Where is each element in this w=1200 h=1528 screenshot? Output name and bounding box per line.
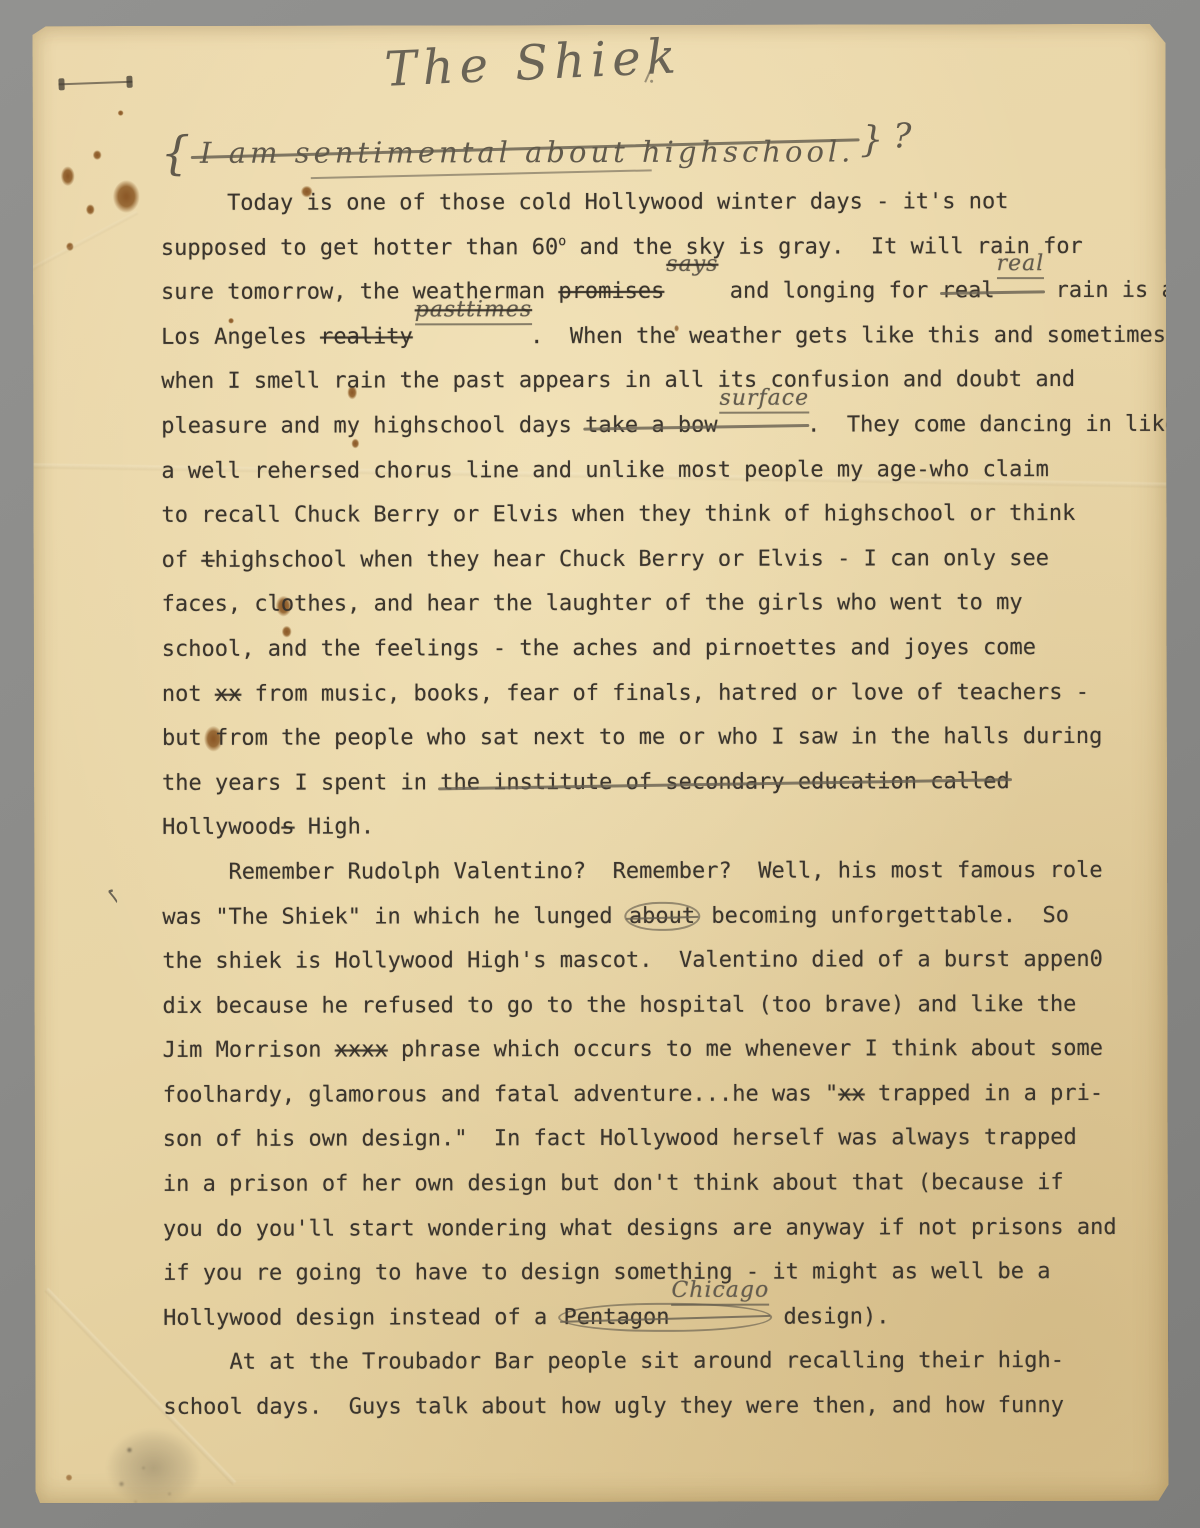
stain (118, 110, 124, 116)
typed-segment: when I smell rain the past appears in al… (161, 367, 1075, 394)
typed-segment: dix because he refused to go to the hosp… (162, 992, 1076, 1019)
typed-line: Today is one of those cold Hollywood win… (161, 180, 1178, 227)
staple-mark (58, 75, 133, 94)
top-crease (22, 211, 139, 276)
typed-segment: Hollywood (162, 815, 281, 840)
struck-word: xxxx (335, 1038, 388, 1063)
typed-line: was "The Shiek" in which he lunged about… (162, 893, 1179, 940)
typed-line: Hollywood design instead of a PentagonCh… (163, 1295, 1180, 1342)
struck-word: t (201, 548, 214, 573)
typed-segment: High. (295, 815, 375, 840)
typed-segment: Los Angeles (161, 324, 320, 349)
crossed-out-heading: {I am sentimental about highschool.}? (161, 116, 912, 180)
handwritten-correction: real (997, 251, 1045, 279)
typed-line: son of his own design." In fact Hollywoo… (163, 1116, 1180, 1163)
typed-line: Los Angeles realitypasttimes. When the w… (161, 314, 1178, 361)
typed-segment: son of his own design." In fact Hollywoo… (163, 1125, 1077, 1152)
margin-checkmark: ✓ (100, 884, 126, 908)
struck-word: PentagonChicago (558, 1302, 772, 1331)
typed-segment: At at the Troubador Bar people sit aroun… (163, 1348, 1064, 1375)
handwritten-correction: says (666, 252, 718, 277)
typed-segment: from music, books, fear of finals, hatre… (241, 680, 1089, 707)
typed-line: the shiek is Hollywood High's mascot. Va… (162, 938, 1179, 985)
typed-segment: the shiek is Hollywood High's mascot. Va… (162, 947, 1102, 974)
typed-line: of thighschool when they hear Chuck Berr… (162, 537, 1179, 584)
typed-line: to recall Chuck Berry or Elvis when they… (161, 492, 1178, 539)
struck-word: s (281, 815, 294, 840)
typed-segment: school days. Guys talk about how ugly th… (163, 1393, 1064, 1420)
struck-word: xx (215, 681, 242, 706)
typed-line: pleasure and my highschool days take a b… (161, 403, 1178, 450)
typed-segment: trapped in a pri- (865, 1081, 1103, 1106)
typed-segment: and longing for (716, 278, 941, 303)
question-mark: ? (893, 116, 911, 156)
typed-segment: rain is a (1042, 278, 1175, 303)
typed-segment: highschool when they hear Chuck Berry or… (215, 546, 1050, 573)
stain (61, 166, 75, 186)
typed-line: Jim Morrison xxxx phrase which occurs to… (163, 1027, 1180, 1074)
typed-segment: was "The Shiek" in which he lunged (162, 903, 626, 929)
typed-line: sure tomorrow, the weatherman promisessa… (161, 269, 1178, 316)
typed-line: dix because he refused to go to the hosp… (162, 982, 1179, 1029)
typed-line: Hollywoods High. (162, 804, 1179, 851)
typed-segment: supposed to get hotter than 60 (161, 235, 558, 261)
typed-segment: Remember Rudolph Valentino? Remember? We… (162, 858, 1102, 885)
typed-segment: foolhardy, glamorous and fatal adventure… (163, 1081, 839, 1107)
struck-word: realitypasttimes (320, 324, 530, 349)
handwritten-correction: Chicago (671, 1277, 769, 1305)
typed-line: when I smell rain the past appears in al… (161, 358, 1178, 405)
struck-word: realreal (942, 278, 1043, 303)
stain (86, 204, 95, 215)
struck-word: the institute of secondary education cal… (440, 769, 1010, 795)
stain (93, 150, 102, 160)
struck-word: about (624, 901, 700, 930)
typed-segment: Hollywood design instead of a (163, 1305, 560, 1331)
stain (113, 180, 140, 213)
typed-segment: design). (770, 1304, 889, 1329)
handwritten-correction: pasttimes (415, 297, 532, 325)
heading-text: I am sentimental about highschool. (200, 134, 854, 169)
typed-segment: phrase which occurs to me whenever I thi… (388, 1036, 1103, 1062)
typed-line: school days. Guys talk about how ugly th… (163, 1384, 1180, 1431)
typed-line: At at the Troubador Bar people sit aroun… (163, 1339, 1180, 1386)
struck-word: xx (838, 1081, 865, 1106)
typed-line: but from the people who sat next to me o… (162, 715, 1179, 762)
typed-segment: you do you'll start wondering what desig… (163, 1215, 1117, 1242)
typed-line: a well rehersed chorus line and unlike m… (161, 447, 1178, 494)
typed-line: you do you'll start wondering what desig… (163, 1205, 1180, 1252)
typed-text: Today is one of those cold Hollywood win… (161, 180, 1180, 1431)
typed-segment: Today is one of those cold Hollywood win… (161, 189, 1009, 216)
typed-line: not xx from music, books, fear of finals… (162, 670, 1179, 717)
typed-segment: but from the people who sat next to me o… (162, 724, 1102, 751)
photo-background: The Shiek {I am sentimental about highsc… (0, 0, 1200, 1528)
typed-segment: Jim Morrison (163, 1038, 335, 1063)
typed-segment: pleasure and my highschool days (161, 413, 585, 439)
close-brace: } (860, 119, 883, 160)
typed-segment: . They come dancing in like (807, 412, 1178, 438)
typed-segment: school, and the feelings - the aches and… (162, 635, 1036, 662)
typed-segment: not (162, 681, 215, 706)
typed-line: Remember Rudolph Valentino? Remember? We… (162, 849, 1179, 896)
typed-segment: if you re going to have to design someth… (163, 1259, 1050, 1286)
handwritten-correction: surface (720, 386, 810, 414)
typed-line: school, and the feelings - the aches and… (162, 626, 1179, 673)
typed-line: in a prison of her own design but don't … (163, 1161, 1180, 1208)
typed-segment: becoming unforgettable. So (698, 903, 1069, 929)
typed-segment: of (162, 548, 202, 573)
fingerprint-smudge (93, 1418, 213, 1518)
typed-line: faces, clothes, and hear the laughter of… (162, 581, 1179, 628)
typed-segment: a well rehersed chorus line and unlike m… (161, 457, 1048, 484)
struck-word: take a bowsurface (585, 413, 807, 438)
open-brace: { (161, 126, 190, 180)
typed-segment: . When the weather gets like this and so… (530, 323, 1166, 349)
typed-segment: the years I spent in (162, 770, 440, 796)
struck-word: promisessays (558, 279, 716, 304)
handwritten-title: The Shiek (383, 28, 682, 98)
manuscript-page: The Shiek {I am sentimental about highsc… (32, 24, 1168, 1503)
typed-segment: in a prison of her own design but don't … (163, 1170, 1064, 1197)
typed-segment: faces, clothes, and hear the laughter of… (162, 590, 1023, 617)
typed-line: the years I spent in the institute of se… (162, 760, 1179, 807)
typed-segment: to recall Chuck Berry or Elvis when they… (161, 501, 1075, 528)
stain (65, 1474, 72, 1481)
typed-line: foolhardy, glamorous and fatal adventure… (163, 1072, 1180, 1119)
